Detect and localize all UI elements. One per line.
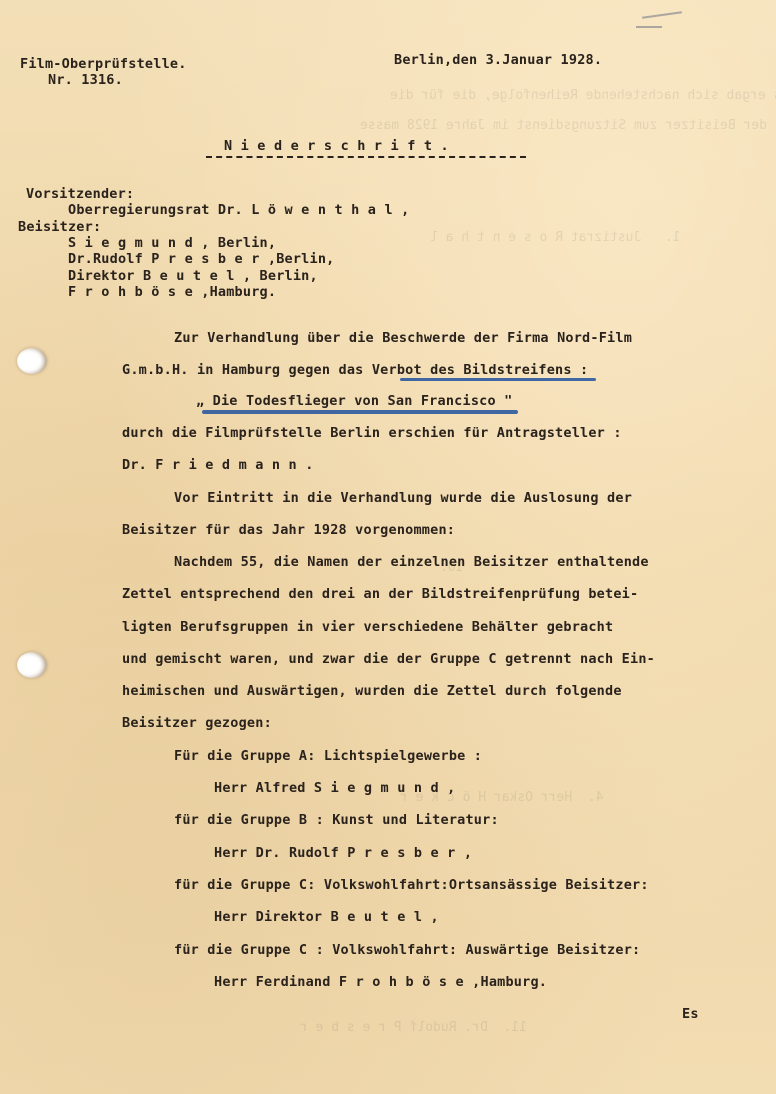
- group-c-local-label: für die Gruppe C: Volkswohlfahrt:Ortsans…: [174, 877, 649, 893]
- office-name: Film-Oberprüfstelle.: [20, 56, 187, 72]
- continuation-word: Es: [682, 1006, 699, 1022]
- group-a-member: Herr Alfred S i e g m u n d ,: [214, 780, 456, 796]
- assessor-entry: Dr.Rudolf P r e s b e r ,Berlin,: [68, 251, 335, 267]
- punch-hole: [17, 652, 47, 678]
- body-line: durch die Filmprüfstelle Berlin erschien…: [122, 425, 622, 441]
- body-line: ligten Berufsgruppen in vier verschieden…: [122, 619, 613, 635]
- body-line: Vor Eintritt in die Verhandlung wurde di…: [174, 490, 632, 506]
- applicant-name: Dr. F r i e d m a n n .: [122, 457, 314, 473]
- body-line: heimischen und Auswärtigen, wurden die Z…: [122, 683, 622, 699]
- group-b-label: für die Gruppe B : Kunst und Literatur:: [174, 812, 499, 828]
- body-line: Beisitzer für das Jahr 1928 vorgenommen:: [122, 522, 455, 538]
- paper-background: [0, 0, 776, 1094]
- reference-number: Nr. 1316.: [48, 72, 123, 88]
- body-line: Nachdem 55, die Namen der einzelnen Beis…: [174, 554, 649, 570]
- film-title: „ Die Todesflieger von San Francisco ": [196, 393, 512, 409]
- place-date: Berlin,den 3.Januar 1928.: [394, 52, 602, 68]
- group-a-label: Für die Gruppe A: Lichtspielgewerbe :: [174, 748, 482, 764]
- title-underline: [206, 156, 526, 158]
- bleed-through-text: anziehung der Beisitzer zum Sitzungsdien…: [360, 118, 776, 133]
- chair-label: Vorsitzender:: [26, 186, 134, 202]
- bleed-through-text: 11. Dr. Rudolf P r e s b e r: [300, 1020, 527, 1035]
- document-title: N i e d e r s c h r i f t .: [224, 138, 449, 154]
- assessors-label: Beisitzer:: [18, 219, 101, 235]
- group-b-member: Herr Dr. Rudolf P r e s b e r ,: [214, 845, 472, 861]
- body-line: und gemischt waren, und zwar die der Gru…: [122, 651, 655, 667]
- pencil-mark: [636, 26, 662, 28]
- assessor-entry: S i e g m u n d , Berlin,: [68, 235, 276, 251]
- assessor-entry: F r o h b ö s e ,Hamburg.: [68, 284, 276, 300]
- body-line: G.m.b.H. in Hamburg gegen das Verbot des…: [122, 362, 588, 378]
- blue-underline: [202, 410, 518, 414]
- blue-underline: [400, 378, 596, 381]
- body-line: Zettel entsprechend den drei an der Bild…: [122, 586, 638, 602]
- bleed-through-text: Es ergab sich nachstehende Reihenfolge, …: [390, 88, 776, 103]
- chair-name: Oberregierungsrat Dr. L ö w e n t h a l …: [68, 202, 409, 218]
- bleed-through-text: 1. Justizrat R o s e n t h a l: [430, 230, 680, 245]
- group-c-local-member: Herr Direktor B e u t e l ,: [214, 909, 439, 925]
- punch-hole: [17, 348, 47, 374]
- body-line: Beisitzer gezogen:: [122, 715, 272, 731]
- group-c-external-label: für die Gruppe C : Volkswohlfahrt: Auswä…: [174, 942, 640, 958]
- assessor-entry: Direktor B e u t e l , Berlin,: [68, 268, 318, 284]
- body-line: Zur Verhandlung über die Beschwerde der …: [174, 330, 632, 346]
- group-c-external-member: Herr Ferdinand F r o h b ö s e ,Hamburg.: [214, 974, 547, 990]
